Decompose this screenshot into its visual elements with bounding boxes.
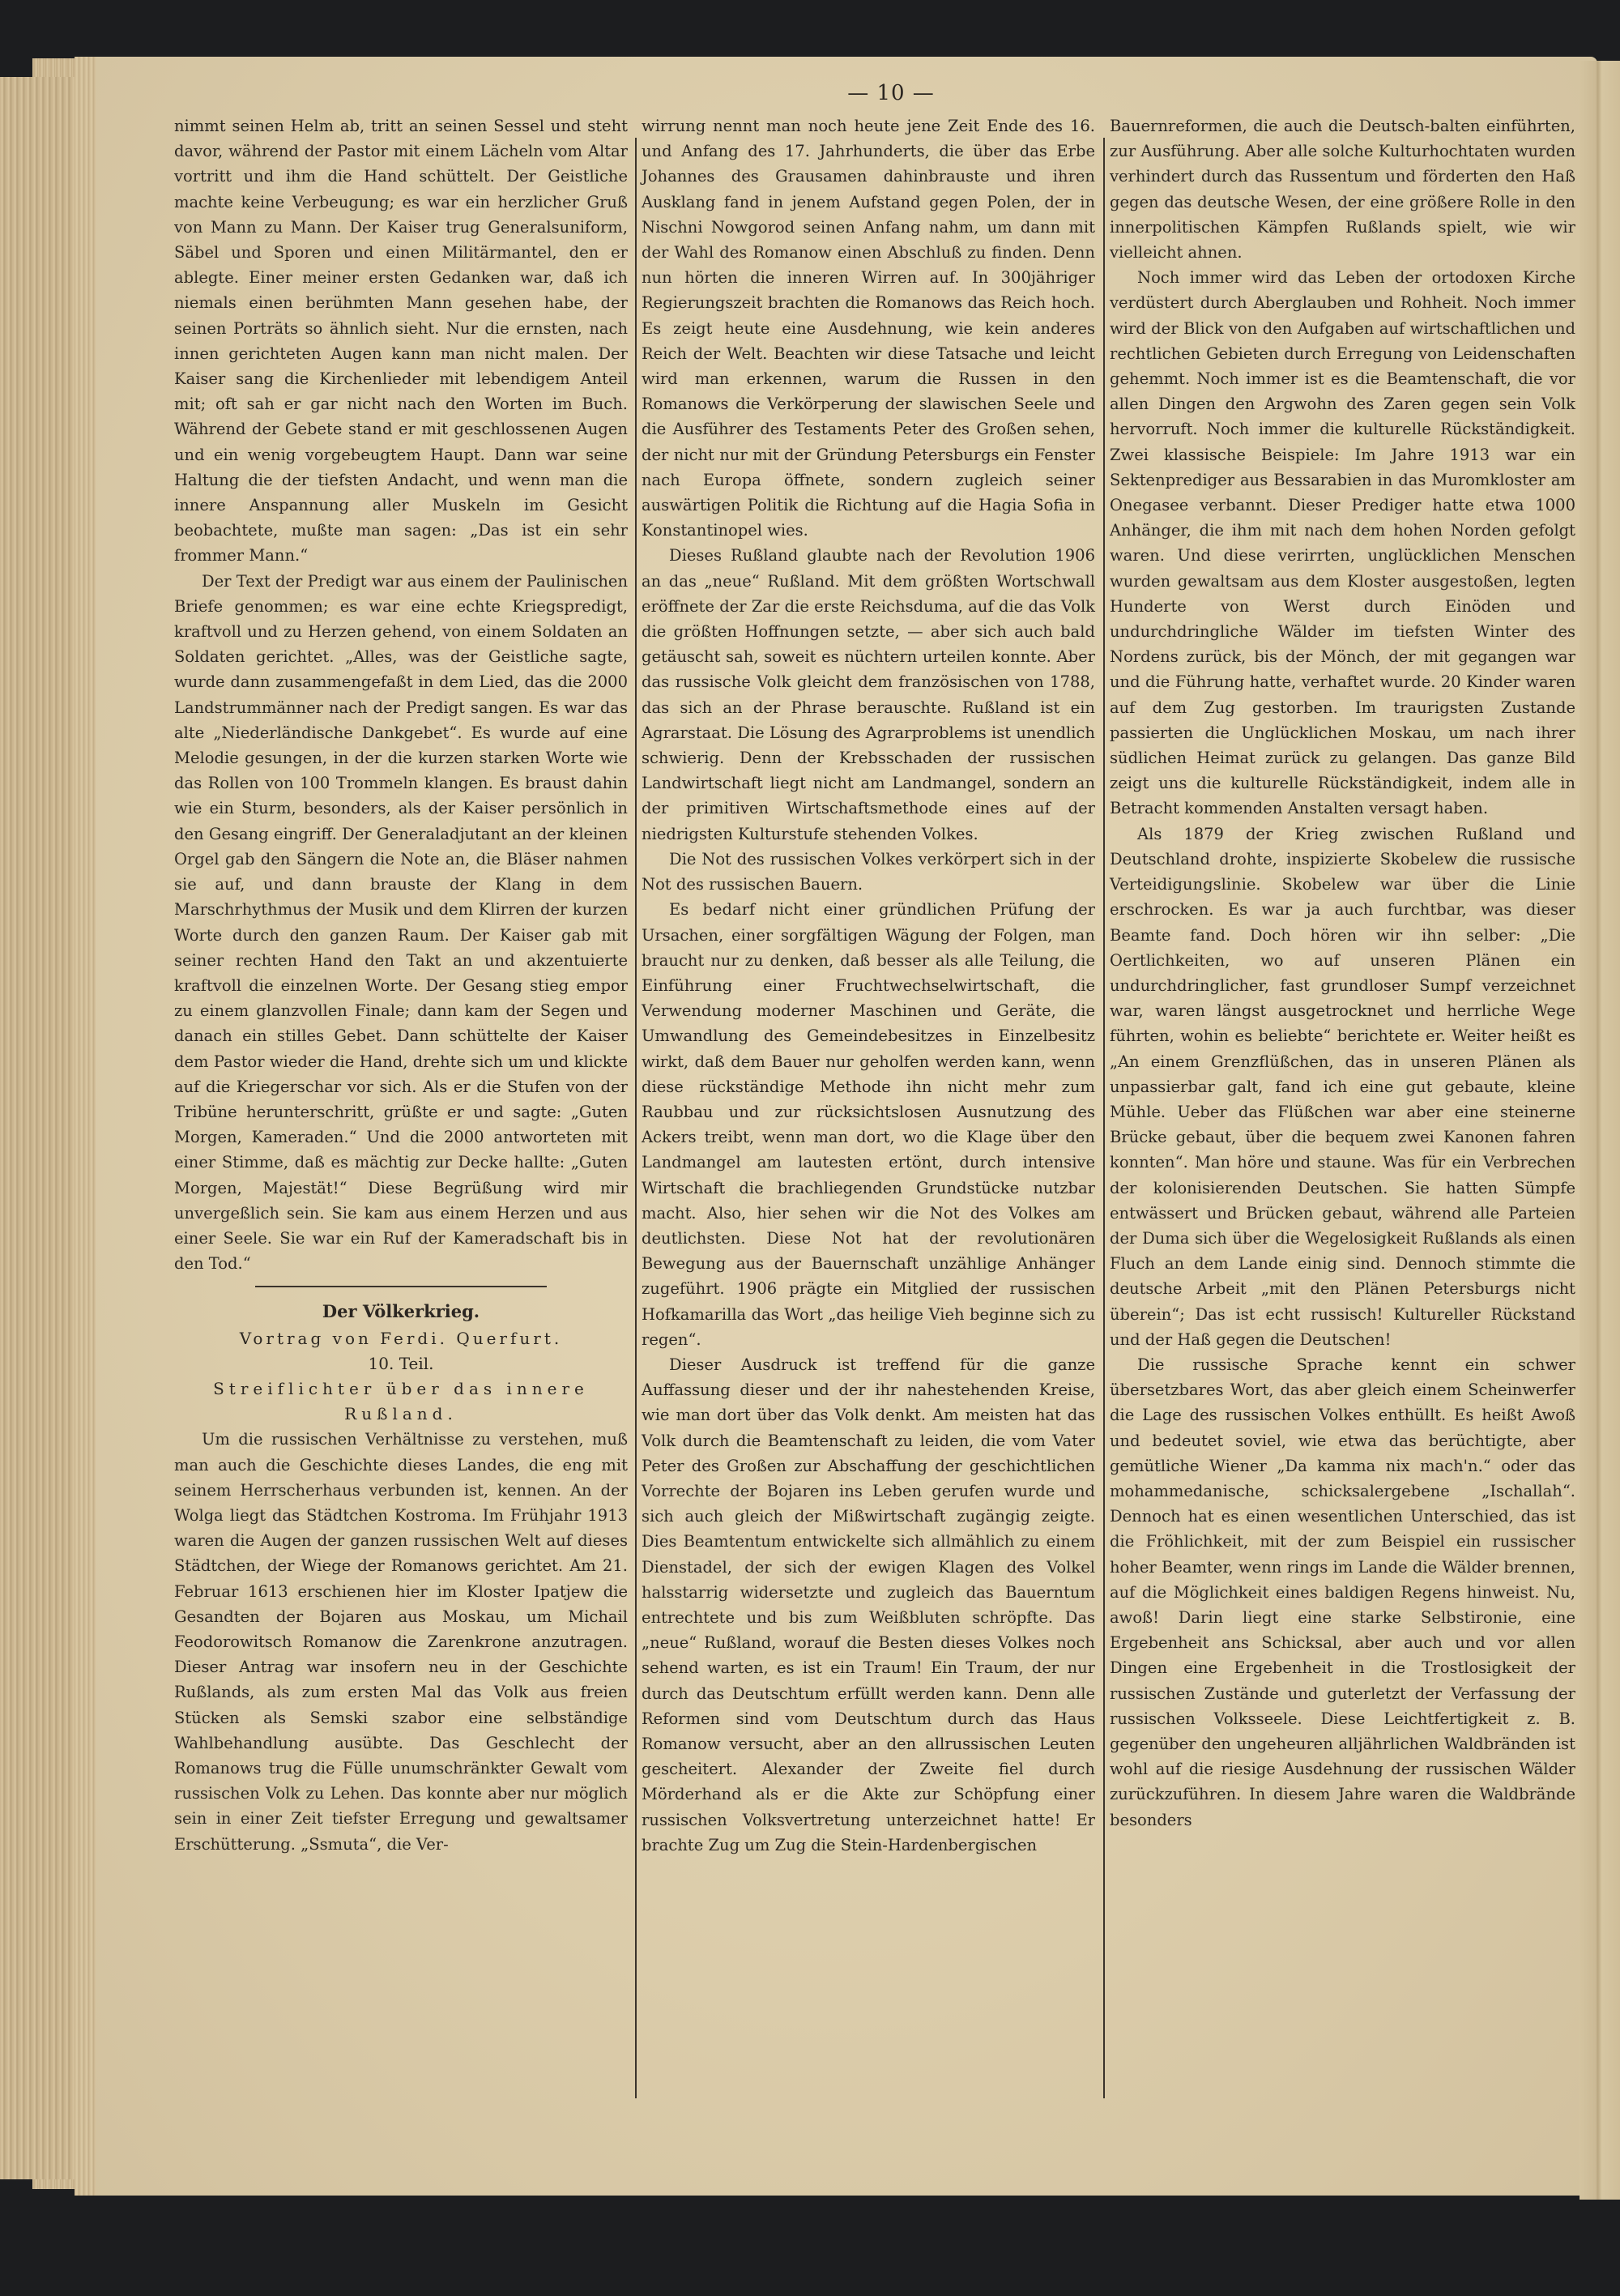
page-number: — 10 —	[810, 81, 972, 105]
paragraph: Als 1879 der Krieg zwischen Rußland und …	[1110, 822, 1575, 1352]
article-title: Der Völkerkrieg.	[174, 1299, 628, 1324]
column-rule-2	[1103, 138, 1105, 2098]
section-divider	[255, 1286, 547, 1287]
paragraph: Bauernreformen, die auch die Deutsch-bal…	[1110, 113, 1575, 265]
page-edge-left	[75, 57, 96, 2196]
column-1: nimmt seinen Helm ab, tritt an seinen Se…	[174, 113, 628, 1857]
paragraph: wirrung nennt man noch heute jene Zeit E…	[642, 113, 1095, 543]
paragraph: nimmt seinen Helm ab, tritt an seinen Se…	[174, 113, 628, 569]
paragraph: Es bedarf nicht einer gründlichen Prüfun…	[642, 897, 1095, 1352]
column-3: Bauernreformen, die auch die Deutsch-bal…	[1110, 113, 1575, 1833]
column-2: wirrung nennt man noch heute jene Zeit E…	[642, 113, 1095, 1858]
article-heading: Der Völkerkrieg. Vortrag von Ferdi. Quer…	[174, 1299, 628, 1427]
paragraph: Dieses Rußland glaubte nach der Revoluti…	[642, 543, 1095, 846]
article-part: 10. Teil.	[174, 1351, 628, 1376]
paragraph: Noch immer wird das Leben der ortodoxen …	[1110, 265, 1575, 821]
paragraph: Dieser Ausdruck ist treffend für die gan…	[642, 1352, 1095, 1858]
article-subtitle: Streiflichter über das innere Rußland.	[174, 1376, 628, 1427]
article-byline: Vortrag von Ferdi. Querfurt.	[174, 1326, 628, 1351]
paragraph: Die russische Sprache kennt ein schwer ü…	[1110, 1352, 1575, 1833]
page-edge-right	[1579, 61, 1620, 2200]
paragraph: Der Text der Predigt war aus einem der P…	[174, 569, 628, 1277]
paragraph: Um die russischen Verhältnisse zu verste…	[174, 1427, 628, 1856]
column-rule-1	[635, 138, 637, 2098]
paragraph: Die Not des russischen Volkes verkörpert…	[642, 847, 1095, 897]
